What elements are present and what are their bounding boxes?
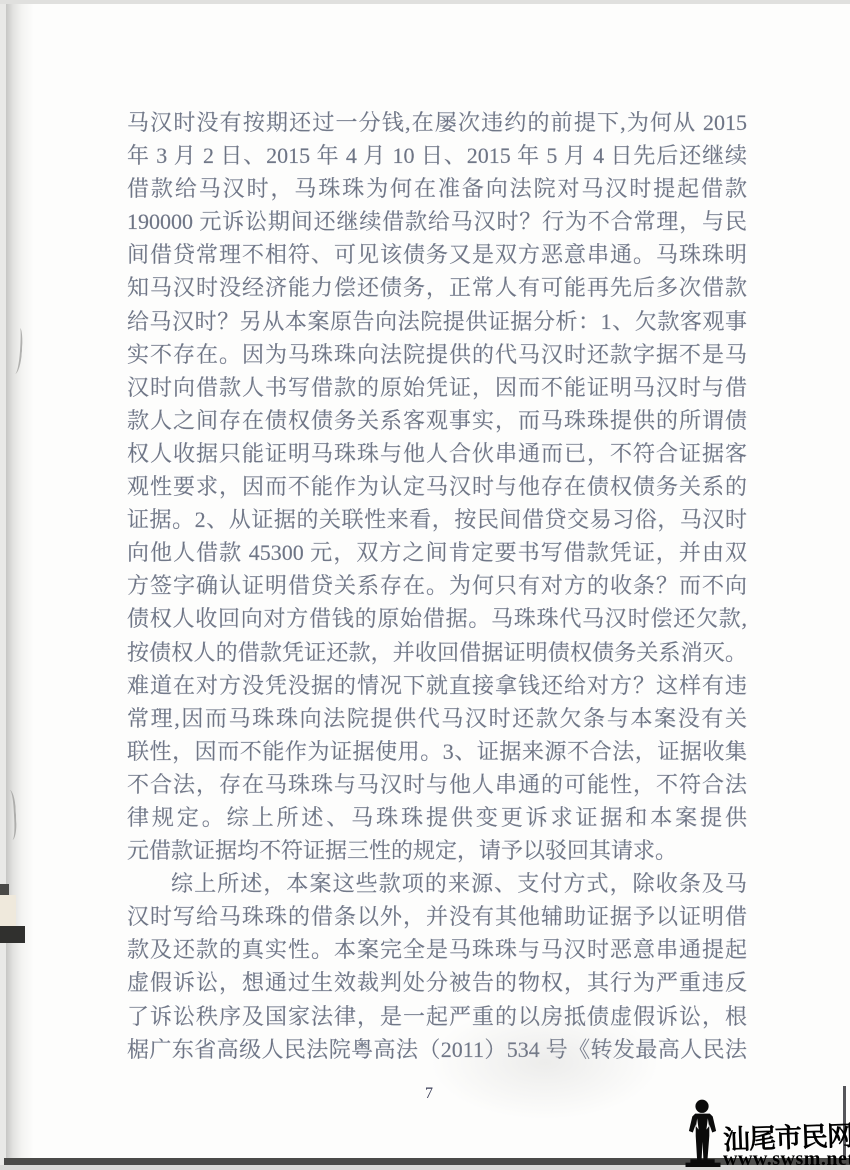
text-line: 年 3 月 2 日、2015 年 4 月 10 日、2015 年 5 月 4 日… bbox=[127, 139, 747, 172]
scan-artifact bbox=[0, 926, 25, 943]
text-line: 常理,因而马珠珠向法院提供代马汉时还款欠条与本案没有关 bbox=[127, 702, 747, 735]
text-line: 证据。2、从证据的关联性来看，按民间借贷交易习俗，马汉时 bbox=[127, 503, 747, 536]
text-line: 190000 元诉讼期间还继续借款给马汉时？行为不合常理，与民 bbox=[127, 205, 747, 238]
text-line: 虚假诉讼，想通过生效裁判处分被告的物权，其行为严重违反 bbox=[127, 966, 747, 999]
scan-top-edge bbox=[0, 0, 850, 4]
scan-artifact bbox=[0, 884, 9, 895]
text-line: 向他人借款 45300 元，双方之间肯定要书写借款凭证，并由双 bbox=[127, 536, 747, 569]
text-line: 实不存在。因为马珠珠向法院提供的代马汉时还款字据不是马 bbox=[127, 338, 747, 371]
person-silhouette-icon bbox=[682, 1099, 724, 1167]
text-line: 难道在对方没凭没据的情况下就直接拿钱还给对方？这样有违 bbox=[127, 669, 747, 702]
watermark-site-name: 汕尾市民网 bbox=[723, 1122, 850, 1155]
site-watermark: 汕尾市民网 www.swsm.net bbox=[681, 1096, 850, 1170]
text-line: 元借款证据均不符证据三性的规定，请予以驳回其请求。 bbox=[127, 834, 747, 867]
scan-smudge bbox=[430, 1005, 660, 1120]
scanned-document-screenshot: { "page": { "number": "7" }, "colors": {… bbox=[0, 0, 850, 1170]
text-line: 款及还款的真实性。本案完全是马珠珠与马汉时恶意串通提起 bbox=[127, 933, 747, 966]
text-line: 马汉时没有按期还过一分钱,在屡次违约的前提下,为何从 2015 bbox=[127, 106, 747, 139]
text-line: 律规定。综上所述、马珠珠提供变更诉求证据和本案提供 190000 bbox=[127, 801, 747, 834]
text-line: 间借贷常理不相符、可见该债务又是双方恶意串通。马珠珠明 bbox=[127, 238, 747, 271]
text-line: 综上所述，本案这些款项的来源、支付方式，除收条及马 bbox=[127, 867, 747, 900]
text-line: 权人收据只能证明马珠珠与他人合伙串通而已，不符合证据客 bbox=[127, 437, 747, 470]
text-line: 汉时向借款人书写借款的原始凭证，因而不能证明马汉时与借 bbox=[127, 371, 747, 404]
text-line: 观性要求，因而不能作为认定马汉时与他存在债权债务关系的 bbox=[127, 470, 747, 503]
text-line: 借款给马汉时，马珠珠为何在准备向法院对马汉时提起借款 bbox=[127, 172, 747, 205]
text-line: 给马汉时？另从本案原告向法院提供证据分析：1、欠款客观事 bbox=[127, 305, 747, 338]
text-line: 款人之间存在债权债务关系客观事实，而马珠珠提供的所谓债 bbox=[127, 404, 747, 437]
text-line: 知马汉时没经济能力偿还债务，正常人有可能再先后多次借款 bbox=[127, 271, 747, 304]
text-line: 不合法，存在马珠珠与马汉时与他人串通的可能性，不符合法 bbox=[127, 768, 747, 801]
text-line: 汉时写给马珠珠的借条以外，并没有其他辅助证据予以证明借 bbox=[127, 900, 747, 933]
text-line: 联性，因而不能作为证据使用。3、证据来源不合法，证据收集 bbox=[127, 735, 747, 768]
document-text: 马汉时没有按期还过一分钱,在屡次违约的前提下,为何从 2015年 3 月 2 日… bbox=[127, 106, 747, 1066]
scan-artifact bbox=[0, 895, 16, 926]
text-line: 债权人收回向对方借钱的原始借据。马珠珠代马汉时偿还欠款, bbox=[127, 602, 747, 635]
text-line: 按债权人的借款凭证还款，并收回借据证明债权债务关系消灭。 bbox=[127, 636, 747, 669]
text-line: 方签字确认证明借贷关系存在。为何只有对方的收条？而不向 bbox=[127, 569, 747, 602]
document-page: 马汉时没有按期还过一分钱,在屡次违约的前提下,为何从 2015年 3 月 2 日… bbox=[6, 4, 850, 1159]
watermark-text: 汕尾市民网 www.swsm.net bbox=[723, 1124, 850, 1169]
